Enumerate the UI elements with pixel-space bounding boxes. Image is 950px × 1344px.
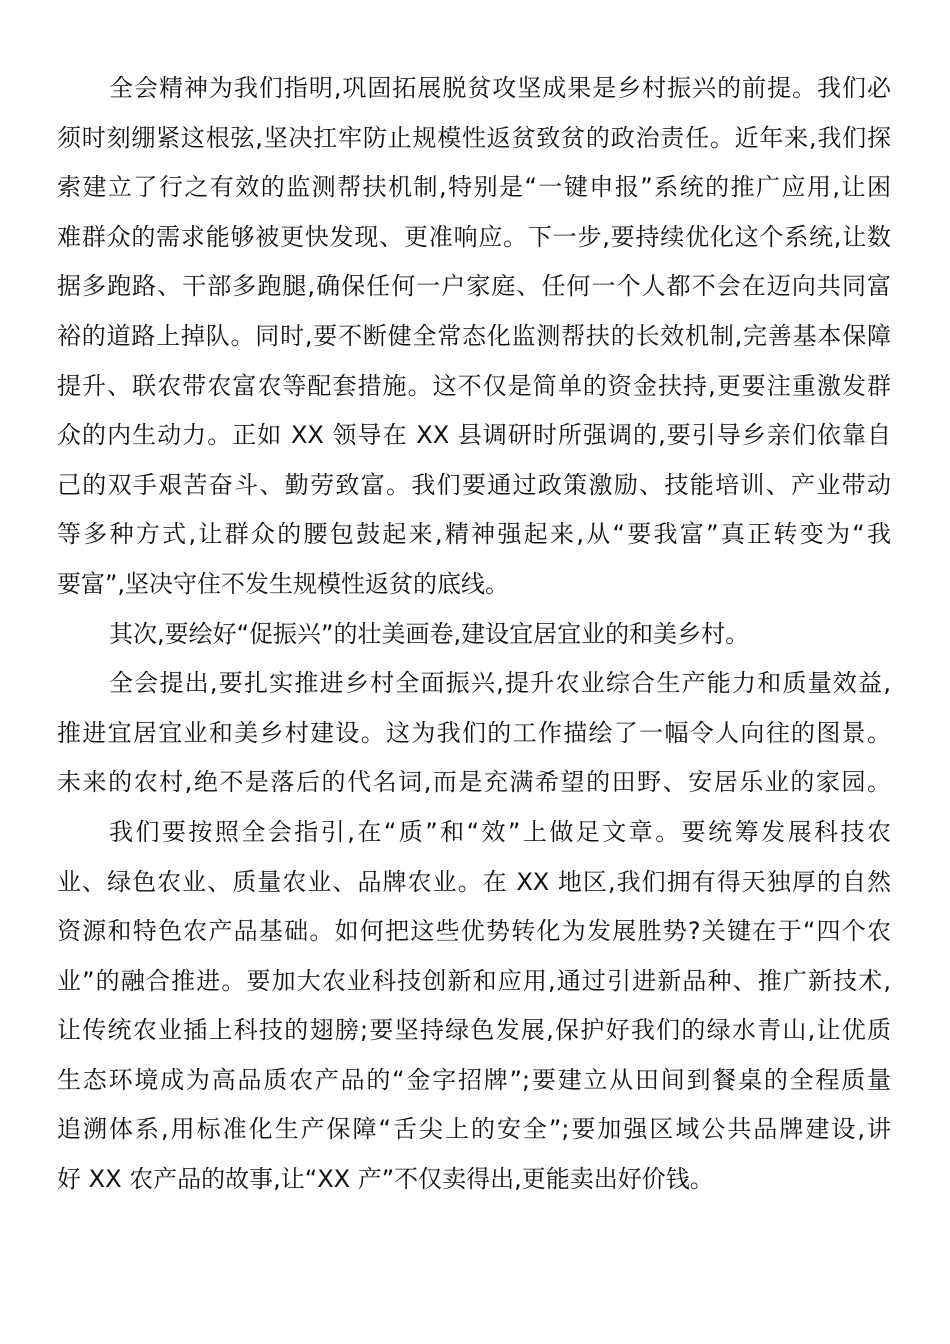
text-line: 要富”,坚决守住不发生规模性返贫的底线。 bbox=[57, 568, 891, 618]
text-line: 索建立了行之有效的监测帮扶机制,特别是“一键申报”系统的推广应用,让困 bbox=[57, 171, 891, 221]
text-line: 众的内生动力。正如 XX 领导在 XX 县调研时所强调的,要引导乡亲们依靠自 bbox=[57, 419, 891, 469]
text-line: 推进宜居宜业和美乡村建设。这为我们的工作描绘了一幅令人向往的图景。 bbox=[57, 717, 891, 767]
text-line: 追溯体系,用标准化生产保障“舌尖上的安全”;要加强区域公共品牌建设,讲 bbox=[57, 1113, 891, 1163]
text-line: 等多种方式,让群众的腰包鼓起来,精神强起来,从“要我富”真正转变为“我 bbox=[57, 518, 891, 568]
text-line: 提升、联农带农富农等配套措施。这不仅是简单的资金扶持,更要注重激发群 bbox=[57, 370, 891, 420]
text-line: 难群众的需求能够被更快发现、更准响应。下一步,要持续优化这个系统,让数 bbox=[57, 221, 891, 271]
text-line: 业、绿色农业、质量农业、品牌农业。在 XX 地区,我们拥有得天独厚的自然 bbox=[57, 866, 891, 916]
paragraph-four-agricultures: 我们要按照全会指引,在“质”和“效”上做足文章。要统筹发展科技农 业、绿色农业、… bbox=[57, 816, 891, 1213]
text-line: 据多跑路、干部多跑腿,确保任何一户家庭、任何一个人都不会在迈向共同富 bbox=[57, 270, 891, 320]
document-page: 全会精神为我们指明,巩固拓展脱贫攻坚成果是乡村振兴的前提。我们必 须时刻绷紧这根… bbox=[57, 72, 891, 1213]
text-line: 好 XX 农产品的故事,让“XX 产”不仅卖得出,更能卖出好价钱。 bbox=[57, 1163, 891, 1213]
paragraph-consolidate-poverty-results: 全会精神为我们指明,巩固拓展脱贫攻坚成果是乡村振兴的前提。我们必 须时刻绷紧这根… bbox=[57, 72, 891, 618]
section-heading-revitalization: 其次,要绘好“促振兴”的壮美画卷,建设宜居宜业的和美乡村。 bbox=[57, 618, 891, 668]
text-line: 裕的道路上掉队。同时,要不断健全常态化监测帮扶的长效机制,完善基本保障 bbox=[57, 320, 891, 370]
text-line: 生态环境成为高品质农产品的“金字招牌”;要建立从田间到餐桌的全程质量 bbox=[57, 1064, 891, 1114]
text-line: 资源和特色农产品基础。如何把这些优势转化为发展胜势?关键在于“四个农 bbox=[57, 915, 891, 965]
paragraph-plenary-proposal: 全会提出,要扎实推进乡村全面振兴,提升农业综合生产能力和质量效益, 推进宜居宜业… bbox=[57, 667, 891, 816]
text-line: 全会精神为我们指明,巩固拓展脱贫攻坚成果是乡村振兴的前提。我们必 bbox=[57, 72, 891, 122]
text-line: 须时刻绷紧这根弦,坚决扛牢防止规模性返贫致贫的政治责任。近年来,我们探 bbox=[57, 122, 891, 172]
text-line: 全会提出,要扎实推进乡村全面振兴,提升农业综合生产能力和质量效益, bbox=[57, 667, 891, 717]
text-line: 其次,要绘好“促振兴”的壮美画卷,建设宜居宜业的和美乡村。 bbox=[57, 618, 891, 668]
text-line: 让传统农业插上科技的翅膀;要坚持绿色发展,保护好我们的绿水青山,让优质 bbox=[57, 1014, 891, 1064]
text-line: 业”的融合推进。要加大农业科技创新和应用,通过引进新品种、推广新技术, bbox=[57, 965, 891, 1015]
text-line: 己的双手艰苦奋斗、勤劳致富。我们要通过政策激励、技能培训、产业带动 bbox=[57, 469, 891, 519]
text-line: 我们要按照全会指引,在“质”和“效”上做足文章。要统筹发展科技农 bbox=[57, 816, 891, 866]
text-line: 未来的农村,绝不是落后的代名词,而是充满希望的田野、安居乐业的家园。 bbox=[57, 766, 891, 816]
